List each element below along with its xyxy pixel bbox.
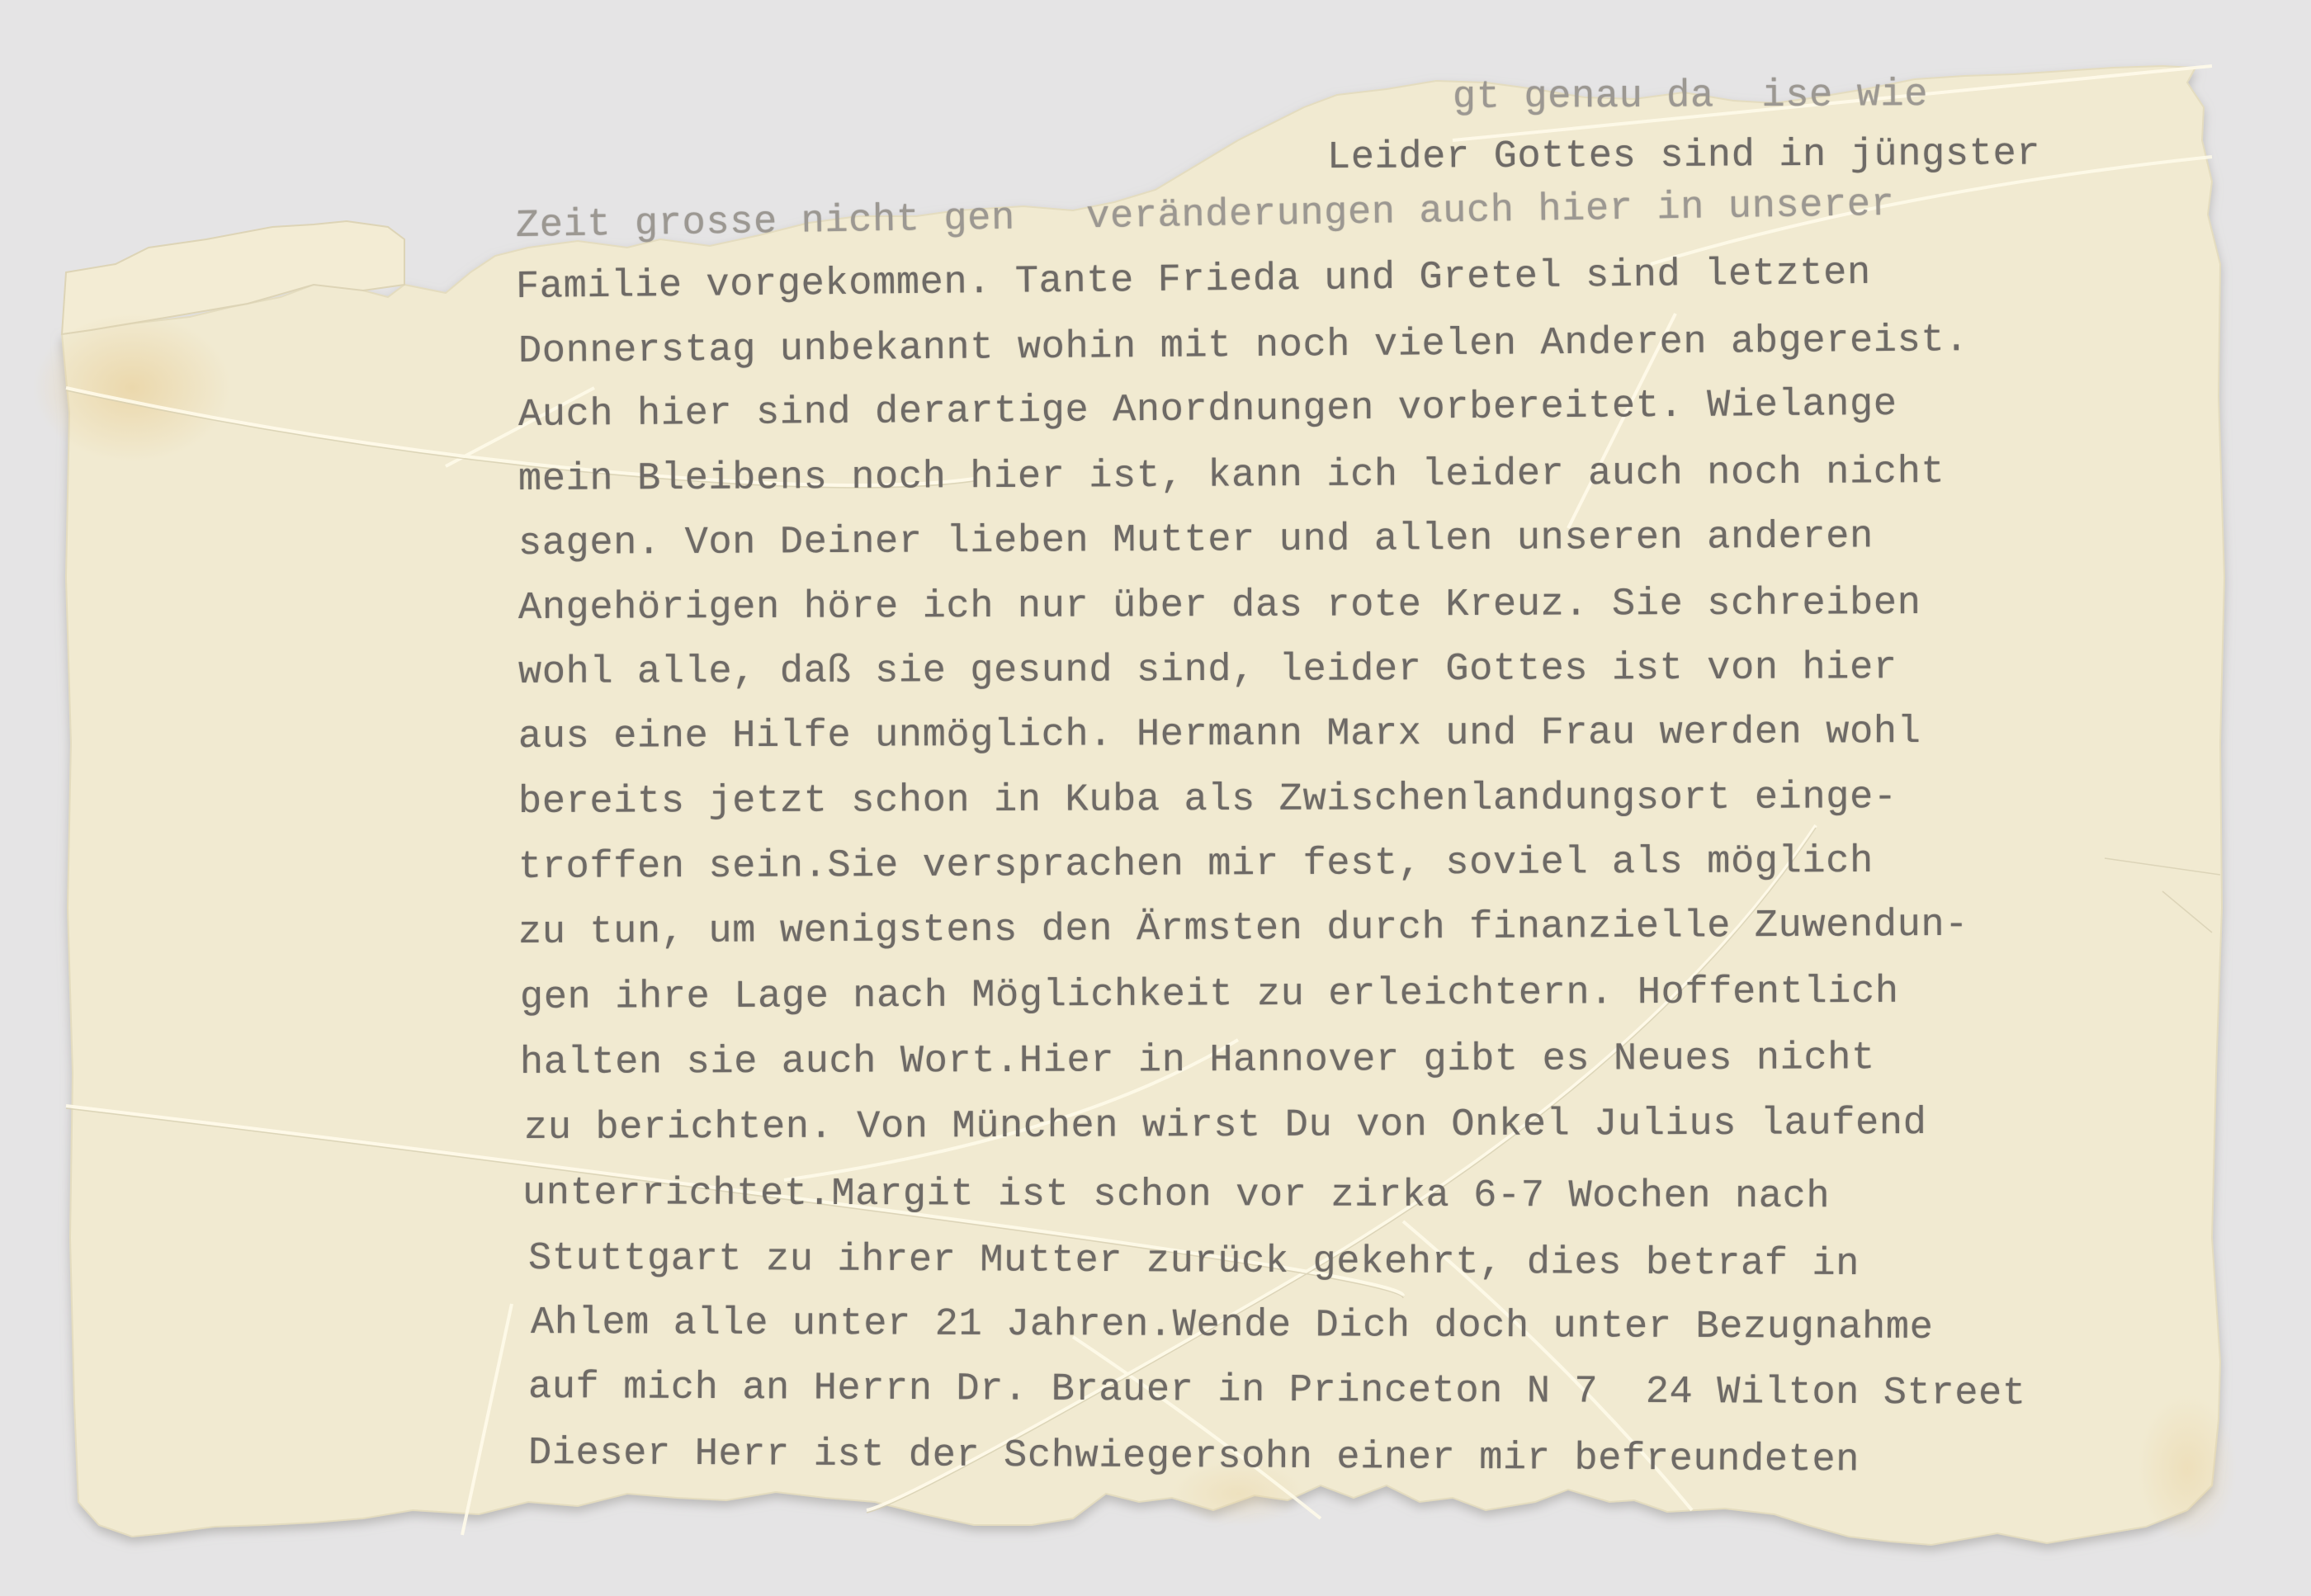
typed-line: zu tun, um wenigstens den Ärmsten durch … bbox=[518, 904, 1968, 955]
typed-line: Zeit grosse nicht gen veränderungen auch… bbox=[516, 183, 1895, 248]
typed-letter-body: gt genau da ise wieLeider Gottes sind in… bbox=[0, 0, 2311, 1596]
typed-line: auf mich an Herrn Dr. Brauer in Princeto… bbox=[528, 1366, 2026, 1416]
typed-line: aus eine Hilfe unmöglich. Hermann Marx u… bbox=[518, 711, 1921, 759]
typed-line: Leider Gottes sind in jüngster bbox=[1327, 132, 2040, 180]
typed-line: Familie vorgekommen. Tante Frieda und Gr… bbox=[516, 252, 1871, 309]
typed-line: Stuttgart zu ihrer Mutter zurück gekehrt… bbox=[528, 1237, 1860, 1287]
typed-line: sagen. Von Deiner lieben Mutter und alle… bbox=[518, 515, 1874, 566]
typed-line: troffen sein.Sie versprachen mir fest, s… bbox=[518, 840, 1874, 890]
typed-line: Ahlem alle unter 21 Jahren.Wende Dich do… bbox=[531, 1301, 1934, 1350]
typed-line: Auch hier sind derartige Anordnungen vor… bbox=[518, 383, 1897, 437]
typed-line: mein Bleibens noch hier ist, kann ich le… bbox=[518, 451, 1945, 502]
typed-line: Dieser Herr ist der Schwiegersohn einer … bbox=[528, 1432, 1860, 1482]
typed-line: bereits jetzt schon in Kuba als Zwischen… bbox=[518, 776, 1897, 824]
typed-line: unterrichtet.Margit ist schon vor zirka … bbox=[522, 1172, 1830, 1219]
typed-line: wohl alle, daß sie gesund sind, leider G… bbox=[518, 646, 1897, 695]
typed-line: gen ihre Lage nach Möglichkeit zu erleic… bbox=[520, 970, 1899, 1020]
typed-line: Angehörigen höre ich nur über das rote K… bbox=[518, 582, 1921, 630]
typed-line: Donnerstag unbekannt wohin mit noch viel… bbox=[518, 319, 1968, 374]
typed-line: gt genau da ise wie bbox=[1453, 73, 1928, 120]
typed-line: zu berichten. Von München wirst Du von O… bbox=[524, 1102, 1927, 1150]
typed-line: halten sie auch Wort.Hier in Hannover gi… bbox=[520, 1036, 1875, 1085]
